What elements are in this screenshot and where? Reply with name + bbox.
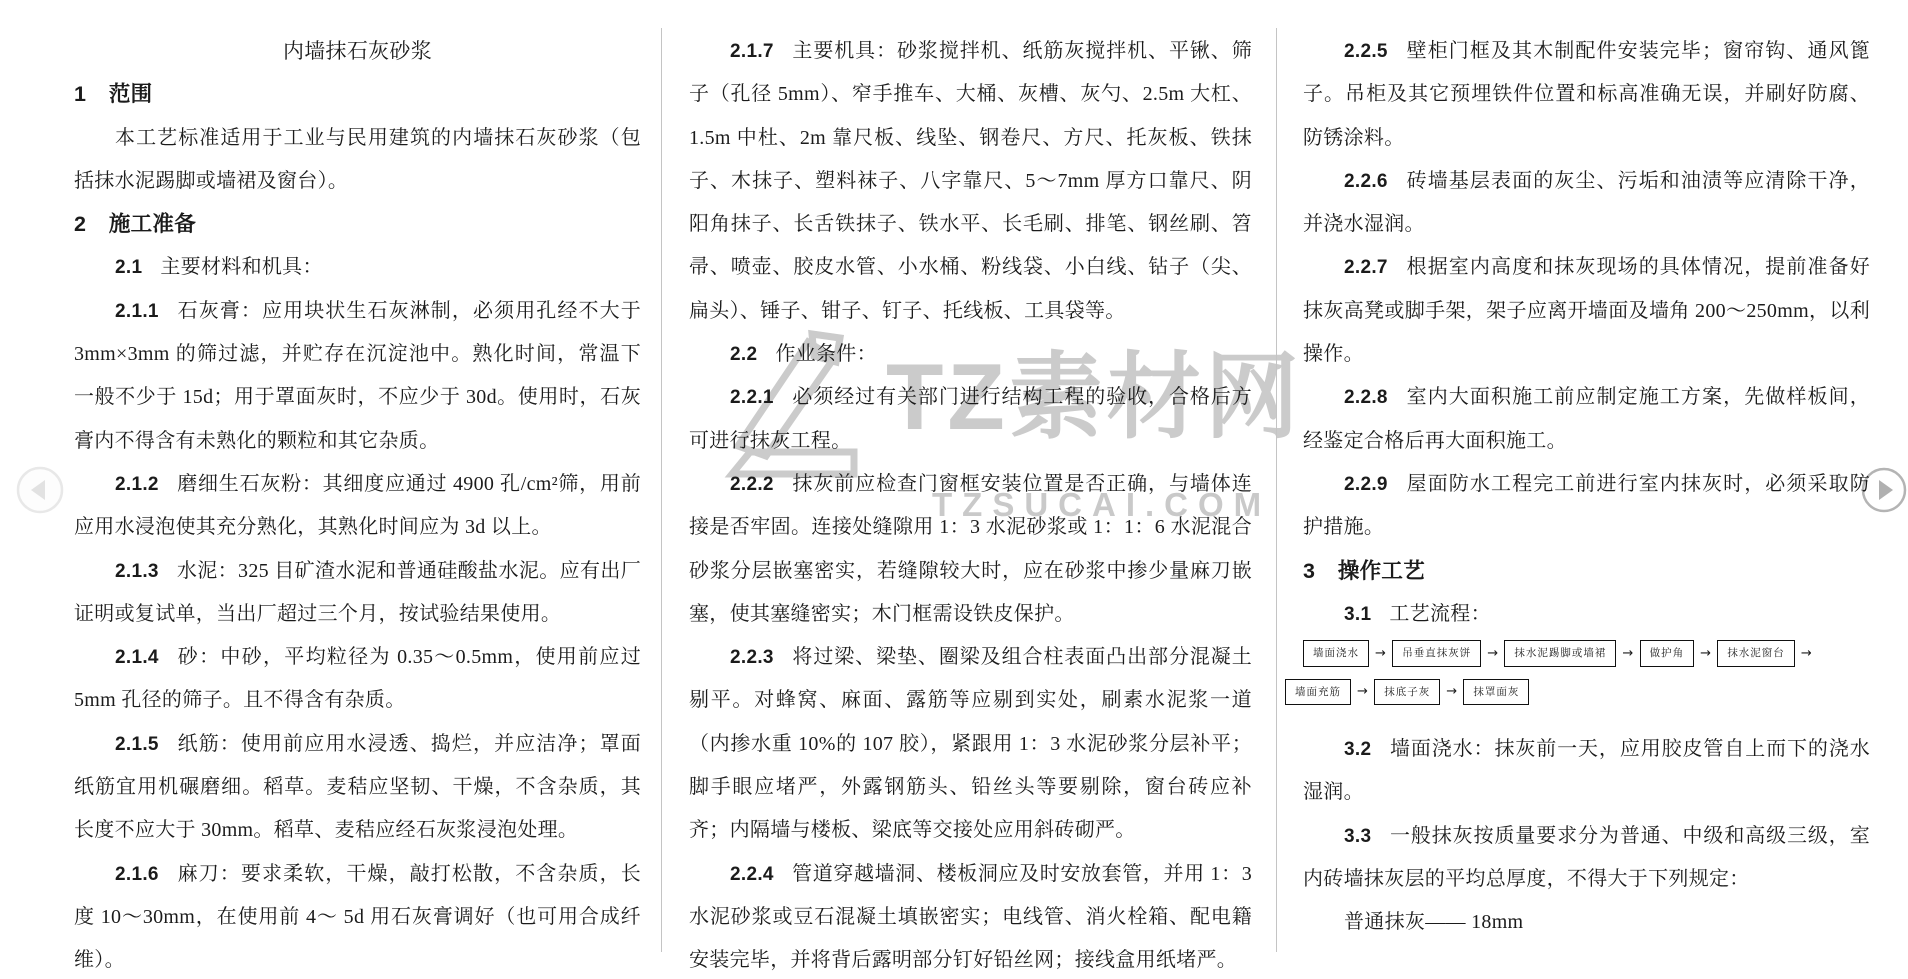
process-flowchart: 墙面浇水→吊垂直抹灰饼→抹水泥踢脚或墙裙→做护角→抹水泥窗台→墙面充筋→抹底子灰… [1303,640,1870,728]
paragraph: 2.1.1石灰膏：应用块状生石灰淋制，必须用孔经不大于 3mm×3mm 的筛过滤… [74,290,641,463]
paragraph-number: 2.2.7 [1344,257,1406,278]
flow-step: 抹罩面灰 [1463,679,1529,706]
section-title-text: 操作工艺 [1338,559,1425,583]
paragraph-number: 2.1.4 [115,647,177,668]
paragraph-number: 2.2.2 [730,474,792,495]
paragraph: 2.1.5纸筋：使用前应用水浸透、捣烂，并应洁净；罩面纸筋宜用机碾磨细。稻草。麦… [74,723,641,853]
chevron-left-icon [16,466,64,514]
paragraph: 2.2.4管道穿越墙洞、楼板洞应及时安放套管，并用 1：3 水泥砂浆或豆石混凝土… [689,853,1252,979]
paragraph: 3.2墙面浇水：抹灰前一天，应用胶皮管自上而下的浇水湿润。 [1303,728,1870,815]
section-title-text: 施工准备 [109,212,196,236]
flow-row: 墙面充筋→抹底子灰→抹罩面灰 [1285,679,1870,706]
paragraph-number: 2.2.1 [730,387,792,408]
paragraph: 2.2.7根据室内高度和抹灰现场的具体情况，提前准备好抹灰高凳或脚手架，架子应离… [1303,246,1870,376]
paragraph-number: 2.2.3 [730,647,792,668]
column-divider [1276,28,1277,952]
column-divider [661,28,662,952]
paragraph: 2.2.1必须经过有关部门进行结构工程的验收，合格后方可进行抹灰工程。 [689,376,1252,463]
paragraph-number: 2.2.8 [1344,387,1406,408]
flow-arrow-icon: → [1357,684,1368,699]
paragraph: 本工艺标准适用于工业与民用建筑的内墙抹石灰砂浆（包括抹水泥踢脚或墙裙及窗台）。 [74,117,641,204]
section-heading: 2施工准备 [74,203,641,246]
paragraph-number: 2.1.6 [115,864,177,885]
prev-page-button[interactable] [16,466,64,514]
paragraph-number: 2.1.2 [115,474,177,495]
section-number: 2 [74,212,86,236]
paragraph-number: 2.2.9 [1344,474,1406,495]
flow-step: 吊垂直抹灰饼 [1392,640,1481,667]
paragraph-number: 2.1.1 [115,301,177,322]
flow-step: 墙面充筋 [1285,679,1351,706]
section-heading: 3操作工艺 [1303,550,1870,593]
paragraph-number: 3.1 [1344,604,1389,625]
paragraph-number: 2.2.6 [1344,171,1406,192]
paragraph-number: 2.1 [115,257,160,278]
paragraph: 2.1.4砂：中砂，平均粒径为 0.35～0.5mm，使用前应过 5mm 孔径的… [74,636,641,723]
section-number: 3 [1303,559,1315,583]
paragraph-number: 3.3 [1344,826,1389,847]
flow-arrow-icon: → [1700,646,1711,661]
paragraph-number: 2.1.5 [115,734,177,755]
paragraph-number: 2.2.5 [1344,41,1406,62]
paragraph: 2.1主要材料和机具： [74,246,641,289]
flow-arrow-icon: → [1375,646,1386,661]
column-right: 2.2.5壁柜门框及其木制配件安装完毕；窗帘钩、通风篦子。吊柜及其它预埋铁件位置… [1303,30,1870,945]
paragraph: 普通抹灰—— 18mm [1303,901,1870,944]
paragraph-number: 2.2.4 [730,864,792,885]
paragraph: 3.3一般抹灰按质量要求分为普通、中级和高级三级，室内砖墙抹灰层的平均总厚度，不… [1303,815,1870,902]
flow-step: 抹水泥窗台 [1717,640,1795,667]
paragraph: 2.1.2磨细生石灰粉：其细度应通过 4900 孔/cm²筛，用前应用水浸泡使其… [74,463,641,550]
paragraph: 2.2.9屋面防水工程完工前进行室内抹灰时，必须采取防护措施。 [1303,463,1870,550]
paragraph-number: 2.1.7 [730,41,792,62]
paragraph: 2.2.6砖墙基层表面的灰尘、污垢和油渍等应清除干净，并浇水湿润。 [1303,160,1870,247]
paragraph-number: 2.2 [730,344,775,365]
paragraph: 2.1.6麻刀：要求柔软，干燥，敲打松散，不含杂质，长度 10～30mm，在使用… [74,853,641,979]
flow-arrow-icon: → [1622,646,1633,661]
paragraph: 2.1.7主要机具：砂浆搅拌机、纸筋灰搅拌机、平锹、筛子（孔径 5mm）、窄手推… [689,30,1252,333]
flow-step: 做护角 [1640,640,1695,667]
flow-arrow-icon: → [1801,646,1812,661]
document-title: 内墙抹石灰砂浆 [74,30,641,73]
paragraph-number: 2.1.3 [115,561,177,582]
flow-arrow-icon: → [1487,646,1498,661]
column-left: 内墙抹石灰砂浆1范围本工艺标准适用于工业与民用建筑的内墙抹石灰砂浆（包括抹水泥踢… [74,30,641,979]
section-number: 1 [74,82,86,106]
section-heading: 1范围 [74,73,641,116]
flow-row: 墙面浇水→吊垂直抹灰饼→抹水泥踢脚或墙裙→做护角→抹水泥窗台→ [1303,640,1870,667]
section-title-text: 范围 [109,82,153,106]
flow-arrow-icon: → [1446,684,1457,699]
paragraph: 2.1.3水泥：325 目矿渣水泥和普通硅酸盐水泥。应有出厂证明或复试单，当出厂… [74,550,641,637]
flow-step: 墙面浇水 [1303,640,1369,667]
paragraph: 2.2.3将过梁、梁垫、圈梁及组合柱表面凸出部分混凝土剔平。对蜂窝、麻面、露筋等… [689,636,1252,852]
paragraph: 2.2.2抹灰前应检查门窗框安装位置是否正确，与墙体连接是否牢固。连接处缝隙用 … [689,463,1252,636]
flow-step: 抹底子灰 [1374,679,1440,706]
flow-step: 抹水泥踢脚或墙裙 [1504,640,1616,667]
paragraph: 2.2.8室内大面积施工前应制定施工方案，先做样板间，经鉴定合格后再大面积施工。 [1303,376,1870,463]
column-center: 2.1.7主要机具：砂浆搅拌机、纸筋灰搅拌机、平锹、筛子（孔径 5mm）、窄手推… [689,30,1252,979]
paragraph: 3.1工艺流程： [1303,593,1870,636]
paragraph: 2.2作业条件： [689,333,1252,376]
paragraph-number: 3.2 [1344,739,1389,760]
paragraph: 2.2.5壁柜门框及其木制配件安装完毕；窗帘钩、通风篦子。吊柜及其它预埋铁件位置… [1303,30,1870,160]
